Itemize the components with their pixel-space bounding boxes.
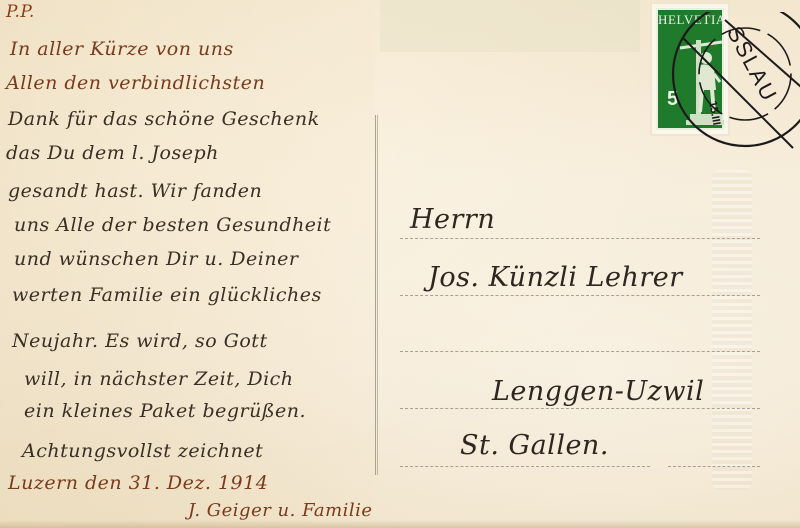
message-line: ein kleines Paket begrüßen. [24,400,306,422]
message-line: und wünschen Dir u. Deiner [14,248,298,270]
message-line: Neujahr. Es wird, so Gott [12,330,268,352]
message-line: werten Familie ein glückliches [12,284,322,306]
postmark-place: SSLAU [721,22,783,107]
address-salutation: Herrn [410,204,495,235]
message-line: Achtungsvollst zeichnet [22,440,263,462]
address-town: Lenggen-Uzwil [492,376,704,407]
address-line [400,295,760,296]
stamp-value: 5 [667,88,678,111]
postcard-back: P.P. In aller Kürze von uns Allen den ve… [0,0,800,528]
message-line: will, in nächster Zeit, Dich [24,368,294,390]
message-line: In aller Kürze von uns [10,38,234,60]
stamp-country: HELVETIA [658,12,722,28]
message-line: Dank für das schöne Geschenk [8,108,320,130]
address-line [400,351,760,352]
divider-line [375,115,378,475]
address-line [400,466,650,467]
paper-discoloration [380,0,640,52]
address-line [668,466,760,467]
address-line [400,238,760,239]
embossed-border [712,170,752,490]
message-line: das Du dem l. Joseph [6,142,219,164]
signature: J. Geiger u. Familie [188,500,373,521]
address-line [400,408,760,409]
message-line: uns Alle der besten Gesundheit [14,214,331,236]
message-line: Allen den verbindlichsten [6,72,265,94]
date-line: Luzern den 31. Dez. 1914 [8,472,268,494]
message-line: gesandt hast. Wir fanden [8,180,262,202]
corner-mark: P.P. [6,2,35,22]
address-canton: St. Gallen. [460,430,609,461]
address-name: Jos. Künzli Lehrer [428,262,683,293]
